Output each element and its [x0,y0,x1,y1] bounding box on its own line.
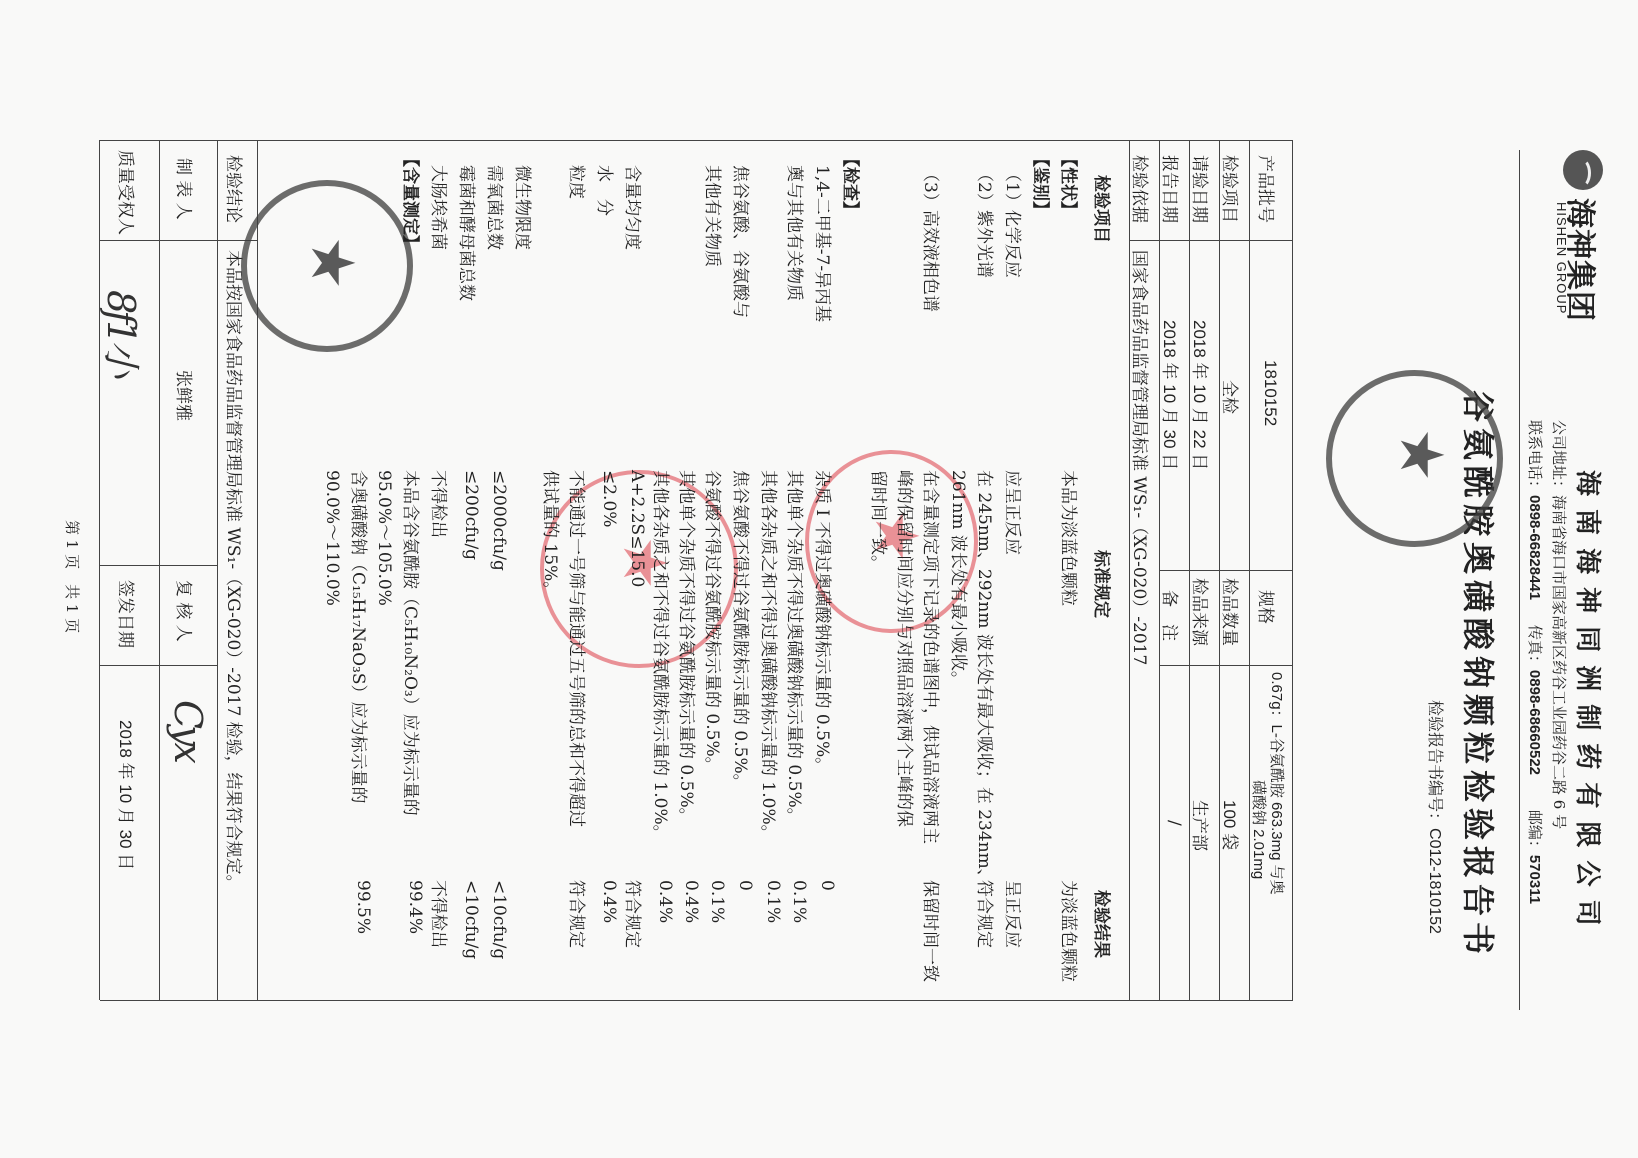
standard-text: 其他各杂质之和不得过奥磺酸钠标示量的 1.0%。 [758,470,783,842]
result-value: 0.1% [789,880,809,923]
qty-value: 100 袋 [1219,800,1244,850]
star-icon: ★ [302,236,362,290]
basis-value: 国家食品药品监督管理局标准 WS₁-（XG-020）-2017 [1129,250,1154,665]
preparer-name: 张鲜雅 [173,370,198,421]
reviewer-label: 复 核 人 [173,580,198,642]
test-item-label: 粒度 [566,165,591,199]
result-value: 0.4% [599,880,619,923]
col-standard-header: 标准规定 [1091,550,1116,618]
qa-label: 质量受权人 [115,150,140,235]
company-address: 公司地址：海南省海口市国家高新区药谷工业园药谷二路 6 号 [1549,420,1570,829]
standard-text: 不能通过一号筛与能通过五号筛的总和不得超过 [566,470,591,827]
preparer-label: 制 表 人 [173,158,198,220]
result-value: 0.4% [655,880,675,923]
logo-en: HISHEN GROUP [1554,202,1569,314]
test-item-label: （2）紫外光谱 [974,165,999,278]
standard-text: 焦谷氨酸不得过谷氨酰胺标示量的 0.5%。 [730,470,755,791]
reviewer-signature: Cyx [166,700,210,760]
quality-stamp-bottom: ★ [241,180,413,352]
standard-text: ≤200cfu/g [461,470,481,560]
issue-date-label: 签发日期 [115,580,140,648]
standard-text: 261nm 波长处有最小吸收。 [948,470,973,688]
standard-text: 本品含谷氨酰胺（C₅H₁₀N₂O₃）应为标示量的 [400,470,425,816]
standard-text: 其他各杂质之和不得过谷氨酰胺标示量的 1.0%。 [650,470,675,842]
hishen-logo-icon [1563,150,1603,190]
test-item-label: 【检查】 [840,150,865,218]
batch-value: 1810152 [1260,360,1280,426]
standard-text: 谷氨酸不得过谷氨酰胺标示量的 0.5%。 [702,470,727,774]
test-item-label: 霉菌和酵母菌总数 [456,165,481,301]
request-date-value: 2018 年 10 月 22 日 [1189,320,1214,470]
result-value: <10cfu/g [461,880,481,959]
standard-text: 95.0%～105.0% [374,470,399,606]
result-value: 符合规定 [622,880,647,948]
source-value: 生产部 [1189,800,1214,851]
result-value: 99.4% [405,880,425,934]
standard-text: A+2.2S≤15.0 [627,470,647,587]
item-label: 检验项目 [1219,155,1244,223]
test-item-label: 含量均匀度 [622,165,647,250]
report-title: 谷氨酰胺奥磺酸钠颗粒检验报告书 [1457,390,1503,960]
standard-text: 其他单个杂质不得过谷氨酰胺标示量的 0.5%。 [676,470,701,825]
source-label: 检品来源 [1189,578,1214,646]
standard-text: 杂质 I 不得过奥磺酸钠标示量的 0.5%。 [812,470,837,774]
result-value: 为淡蓝色颗粒 [1058,880,1083,982]
test-item-label: 大肠埃希菌 [428,165,453,250]
result-value: 0 [735,880,755,891]
spec-value-1: 0.67g：L-谷氨酰胺 663.3mg 与奥 [1267,672,1288,895]
report-date-value: 2018 年 10 月 30 日 [1159,320,1184,470]
spec-label: 规格 [1255,590,1280,624]
test-item-label: 微生物限度 [512,165,537,250]
test-item-label: 水 分 [594,165,619,216]
company-contacts: 联系电话：0898-66828441 传真：0898-68660522 邮编：5… [1525,420,1546,904]
standard-text: 90.0%～110.0% [322,470,347,606]
letterhead-divider [1519,150,1520,1010]
test-item-label: 需氧菌总数 [484,165,509,250]
test-item-label: 焦谷氨酸、谷氨酸与 [730,165,755,318]
standard-text: 在 245nm、292nm 波长处有最大吸收；在 234nm、 [974,470,999,886]
test-item-label: 【含量测定】 [400,150,425,252]
report-number: 检验报告书编号：C012-1810152 [1425,700,1448,934]
request-date-label: 请验日期 [1189,155,1214,223]
report-page: 海神集团 HISHEN GROUP 海 南 海 神 同 洲 制 药 有 限 公 … [0,0,1638,1158]
conclusion-text: 本品按国家食品药品监督管理局标准 WS₁-（XG-020）-2017 检验，结果… [223,250,248,892]
company-name: 海 南 海 神 同 洲 制 药 有 限 公 司 [1571,470,1608,928]
standard-text: 在含量测定项下记录的色谱图中，供试品溶液两主 [920,470,945,844]
col-result-header: 检验结果 [1091,890,1116,958]
standard-text: ≤2000cfu/g [489,470,509,571]
result-value: 0.4% [681,880,701,923]
test-item-label: （3）高效液相色谱 [920,165,945,312]
col-item-header: 检验项目 [1091,175,1116,243]
test-item-label: 薁与其他有关物质 [784,165,809,301]
page-number: 第 1 页 共 1 页 [62,520,83,633]
test-item-label: （1）化学反应 [1002,165,1027,278]
result-value: 99.5% [353,880,373,934]
conclusion-label: 检验结论 [223,155,248,223]
qa-signature: 8f1小 [97,290,152,374]
qty-label: 检品数量 [1219,578,1244,646]
batch-label: 产品批号 [1255,155,1280,223]
standard-text: 供试量的 15%。 [540,470,565,598]
standard-text: 不得检出 [428,470,453,538]
remark-label: 备 注 [1159,590,1184,641]
standard-text: 峰的保留时间应分别与对照品溶液两个主峰的保 [894,470,919,827]
test-item-label: 【鉴别】 [1030,150,1055,218]
basis-label: 检验依据 [1129,155,1154,223]
result-value: 符合规定 [974,880,999,948]
remark-value: / [1164,820,1184,826]
test-item-label: 1,4-二甲基-7-异丙基 [812,165,837,322]
issue-date-value: 2018 年 10 月 30 日 [115,720,140,870]
standard-text: 含奥磺酸钠（C₁₅H₁₇NaO₃S）应为标示量的 [348,470,373,804]
result-value: 符合规定 [566,880,591,948]
spec-value-2: 磺酸钠 2.01mg [1249,780,1270,879]
result-value: 保留时间一致 [920,880,945,982]
test-item-label: 其他有关物质 [702,165,727,267]
result-value: <10cfu/g [489,880,509,959]
result-value: 0 [817,880,837,891]
star-icon: ★ [1391,428,1451,482]
report-date-label: 报告日期 [1159,155,1184,223]
result-value: 呈正反应 [1002,880,1027,948]
standard-text: 本品为淡蓝色颗粒 [1058,470,1083,606]
result-value: 0.1% [707,880,727,923]
test-item-label: 【性状】 [1058,150,1083,218]
item-value: 全检 [1219,380,1244,414]
result-value: 0.1% [763,880,783,923]
standard-text: 其他单个杂质不得过奥磺酸钠标示量的 0.5%。 [784,470,809,825]
standard-text: 留时间一致。 [868,470,893,572]
standard-text: 应呈正反应 [1002,470,1027,555]
result-value: 不得检出 [428,880,453,948]
standard-text: ≤2.0% [599,470,619,527]
